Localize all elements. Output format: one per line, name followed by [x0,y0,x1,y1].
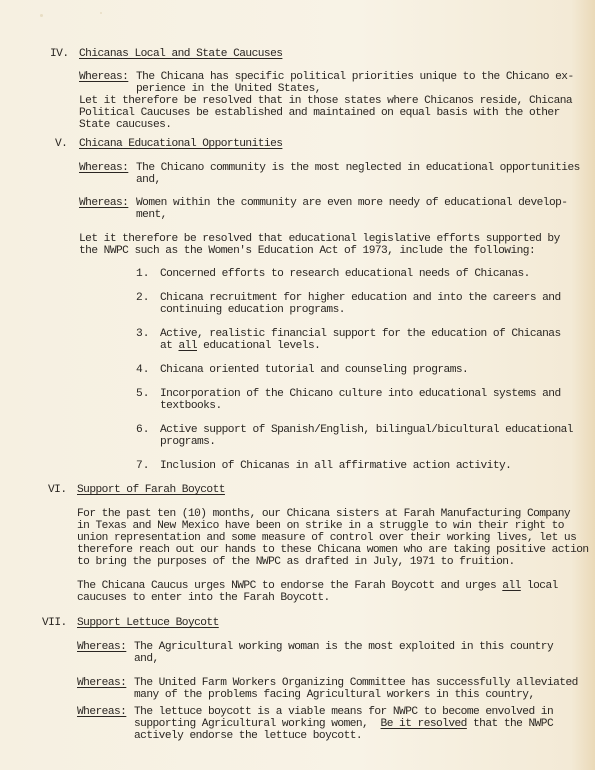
paragraph-text: to bring the purposes of the NWPC as dra… [77,556,515,568]
paragraph-text: therefore reach out our hands to these C… [77,544,589,556]
whereas-text: The United Farm Workers Organizing Commi… [134,677,578,689]
paragraph-segment: The Chicana Caucus urges NWPC to endorse… [77,580,502,592]
list-number: 5. [136,388,149,400]
list-number: 1. [136,268,149,280]
whereas-segment: that the NWPC [467,718,553,730]
paragraph-text: The Chicana Caucus urges NWPC to endorse… [77,580,558,592]
list-item: Active support of Spanish/English, bilin… [160,424,573,436]
list-item: continuing education programs. [160,304,345,316]
paper-speck [40,14,43,17]
whereas-label: Whereas: [79,197,128,209]
be-it-resolved: Be it resolved [381,718,467,730]
section-title: Support of Farah Boycott [77,484,225,496]
list-item: Incorporation of the Chicano culture int… [160,388,561,400]
whereas-segment: supporting Agricultural working women, [134,718,381,730]
paragraph-text: in Texas and New Mexico have been on str… [77,520,564,532]
resolution-text: the NWPC such as the Women's Education A… [79,245,535,257]
whereas-text: supporting Agricultural working women, B… [134,718,553,730]
list-item: at all educational levels. [160,340,320,352]
underlined-all: all [179,340,198,352]
document-page: IV. Chicanas Local and State Caucuses Wh… [0,0,595,770]
section-numeral: VII. [42,617,67,629]
paragraph-text: caucuses to enter into the Farah Boycott… [77,592,330,604]
list-item: Chicana recruitment for higher education… [160,292,561,304]
resolution-text: State caucuses. [79,119,171,131]
paragraph-text: union representation and some measure of… [77,532,576,544]
whereas-label: Whereas: [77,706,126,718]
list-number: 7. [136,460,149,472]
section-numeral: VI. [48,484,67,496]
section-title: Chicanas Local and State Caucuses [79,48,282,60]
list-number: 4. [136,364,149,376]
section-title: Support Lettuce Boycott [77,617,219,629]
resolution-text: Let it therefore be resolved that in tho… [79,95,572,107]
list-item: textbooks. [160,400,222,412]
whereas-label: Whereas: [77,677,126,689]
list-item: programs. [160,436,215,448]
paper-speck [100,12,102,14]
whereas-label: Whereas: [79,162,128,174]
section-title: Chicana Educational Opportunities [79,138,282,150]
list-number: 6. [136,424,149,436]
resolution-text: Political Caucuses be established and ma… [79,107,560,119]
whereas-text: and, [136,174,161,186]
whereas-label: Whereas: [79,71,128,83]
whereas-text: The Chicano community is the most neglec… [136,162,580,174]
whereas-text: The lettuce boycott is a viable means fo… [134,706,553,718]
whereas-text: many of the problems facing Agricultural… [134,689,535,701]
whereas-text: actively endorse the lettuce boycott. [134,730,362,742]
whereas-text: The Agricultural working woman is the mo… [134,641,553,653]
list-item: Active, realistic financial support for … [160,328,561,340]
paragraph-segment: local [521,580,558,592]
list-item: Chicana oriented tutorial and counseling… [160,364,468,376]
list-item: Concerned efforts to research educationa… [160,268,530,280]
list-item: Inclusion of Chicanas in all affirmative… [160,460,511,472]
whereas-text: and, [134,653,159,665]
whereas-text: ment, [136,209,167,221]
underlined-all: all [502,580,521,592]
whereas-text: perience in the United States, [136,83,321,95]
list-number: 3. [136,328,149,340]
section-numeral: IV. [50,48,69,60]
paragraph-text: For the past ten (10) months, our Chican… [77,508,570,520]
whereas-label: Whereas: [77,641,126,653]
list-number: 2. [136,292,149,304]
section-numeral: V. [55,138,67,150]
whereas-text: The Chicana has specific political prior… [136,71,574,83]
resolution-text: Let it therefore be resolved that educat… [79,233,560,245]
whereas-text: Women within the community are even more… [136,197,567,209]
